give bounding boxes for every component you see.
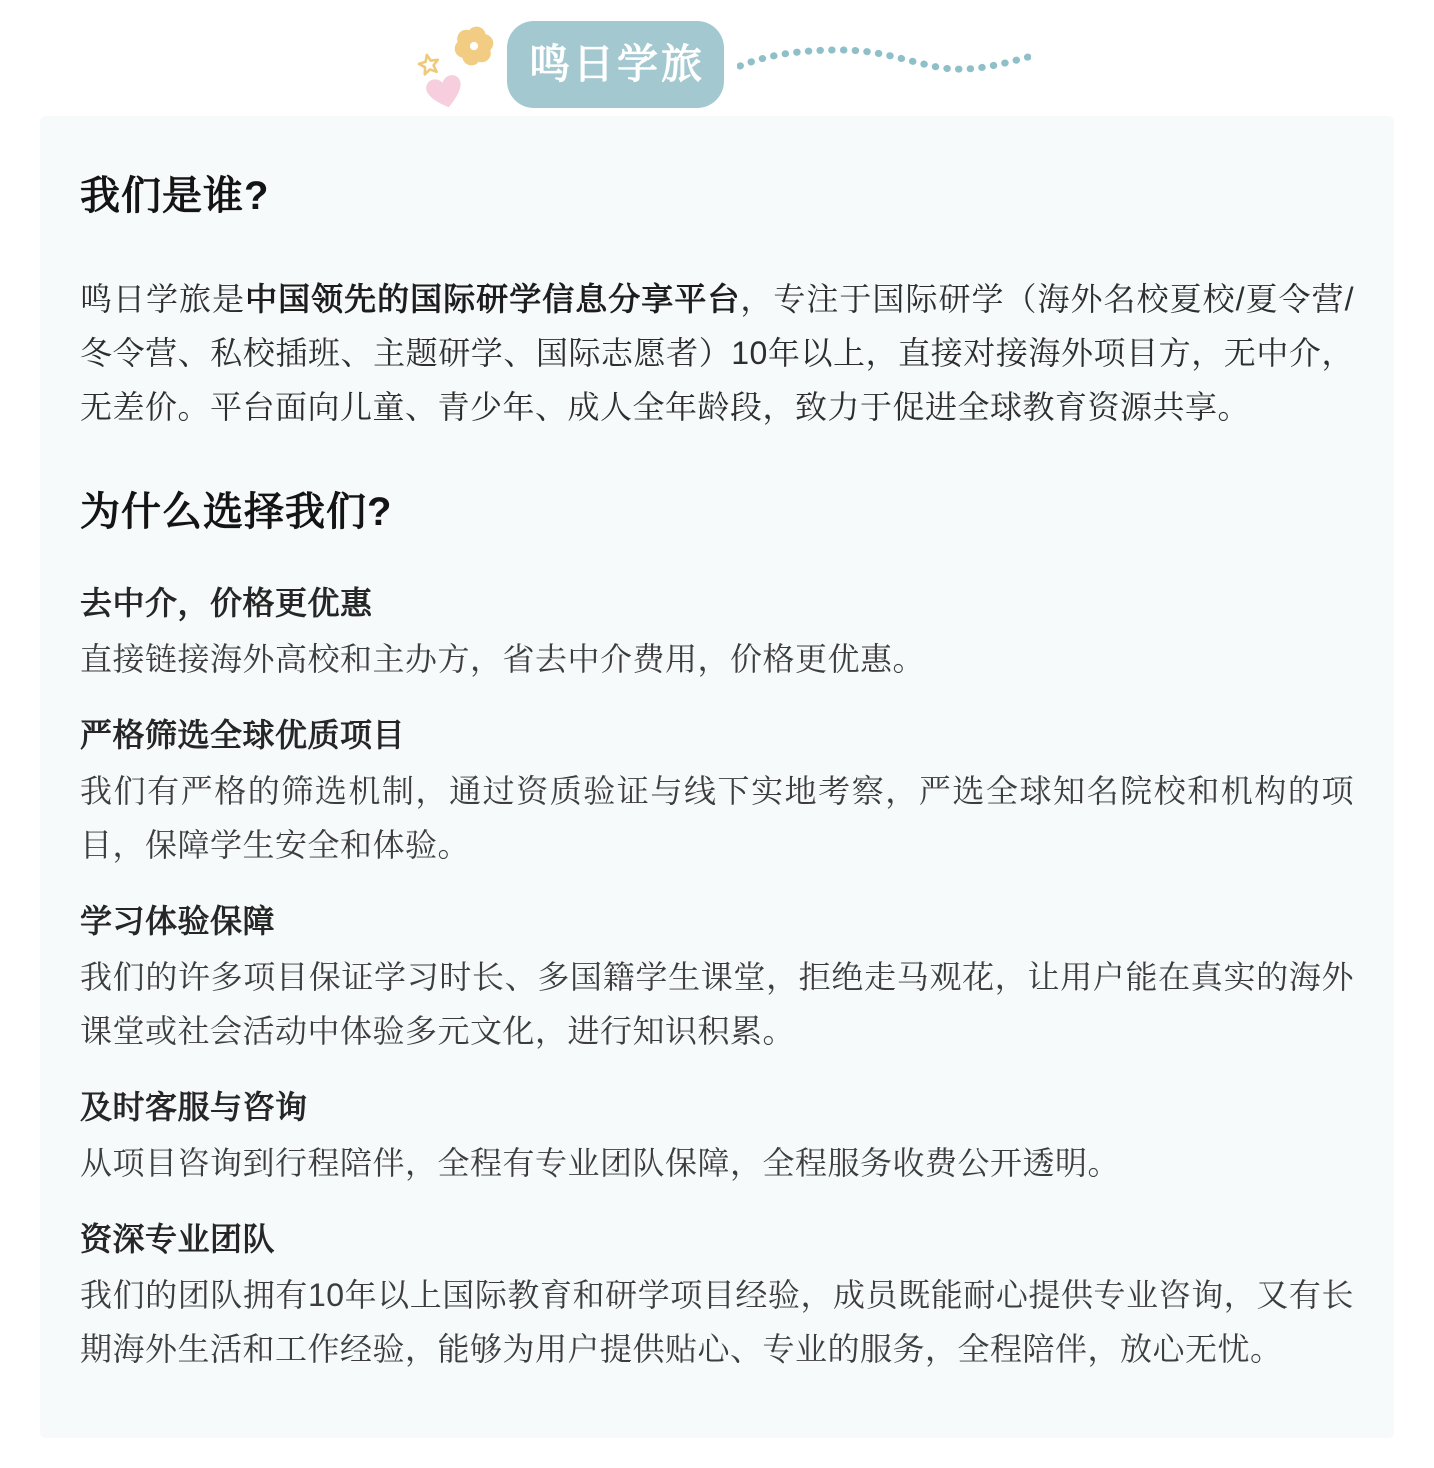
who-we-are-heading: 我们是谁? [80, 172, 1354, 220]
feature-item-customer-service: 及时客服与咨询 从项目咨询到行程陪伴，全程有专业团队保障，全程服务收费公开透明。 [80, 1084, 1354, 1190]
feature-body: 我们的许多项目保证学习时长、多国籍学生课堂，拒绝走马观花，让用户能在真实的海外课… [80, 950, 1354, 1058]
feature-title: 资深专业团队 [80, 1216, 1354, 1262]
content-card: 我们是谁? 鸣日学旅是中国领先的国际研学信息分享平台，专注于国际研学（海外名校夏… [40, 116, 1394, 1438]
feature-item-expert-team: 资深专业团队 我们的团队拥有10年以上国际教育和研学项目经验，成员既能耐心提供专… [80, 1216, 1354, 1376]
why-choose-us-heading: 为什么选择我们? [80, 488, 1354, 536]
intro-prefix: 鸣日学旅是 [80, 281, 245, 317]
intro-paragraph: 鸣日学旅是中国领先的国际研学信息分享平台，专注于国际研学（海外名校夏校/夏令营/… [80, 272, 1354, 434]
feature-title: 严格筛选全球优质项目 [80, 712, 1354, 758]
feature-body: 从项目咨询到行程陪伴，全程有专业团队保障，全程服务收费公开透明。 [80, 1136, 1354, 1190]
feature-title: 学习体验保障 [80, 898, 1354, 944]
feature-body: 直接链接海外高校和主办方，省去中介费用，价格更优惠。 [80, 632, 1354, 686]
brand-badge-label: 鸣日学旅 [526, 44, 705, 85]
feature-title: 及时客服与咨询 [80, 1084, 1354, 1130]
feature-body: 我们有严格的筛选机制，通过资质验证与线下实地考察，严选全球知名院校和机构的项目，… [80, 764, 1354, 872]
flower-icon [447, 19, 500, 72]
header-banner: 鸣日学旅 [0, 0, 1434, 116]
feature-item-strict-screening: 严格筛选全球优质项目 我们有严格的筛选机制，通过资质验证与线下实地考察，严选全球… [80, 712, 1354, 872]
feature-item-no-middleman: 去中介，价格更优惠 直接链接海外高校和主办方，省去中介费用，价格更优惠。 [80, 580, 1354, 686]
feature-item-learning-guarantee: 学习体验保障 我们的许多项目保证学习时长、多国籍学生课堂，拒绝走马观花，让用户能… [80, 898, 1354, 1058]
brand-badge: 鸣日学旅 [507, 21, 724, 108]
feature-title: 去中介，价格更优惠 [80, 580, 1354, 626]
heart-icon [424, 72, 467, 113]
dotted-wave-decoration [737, 40, 1031, 76]
feature-body: 我们的团队拥有10年以上国际教育和研学项目经验，成员既能耐心提供专业咨询，又有长… [80, 1268, 1354, 1376]
intro-bold-claim: 中国领先的国际研学信息分享平台 [245, 281, 740, 317]
